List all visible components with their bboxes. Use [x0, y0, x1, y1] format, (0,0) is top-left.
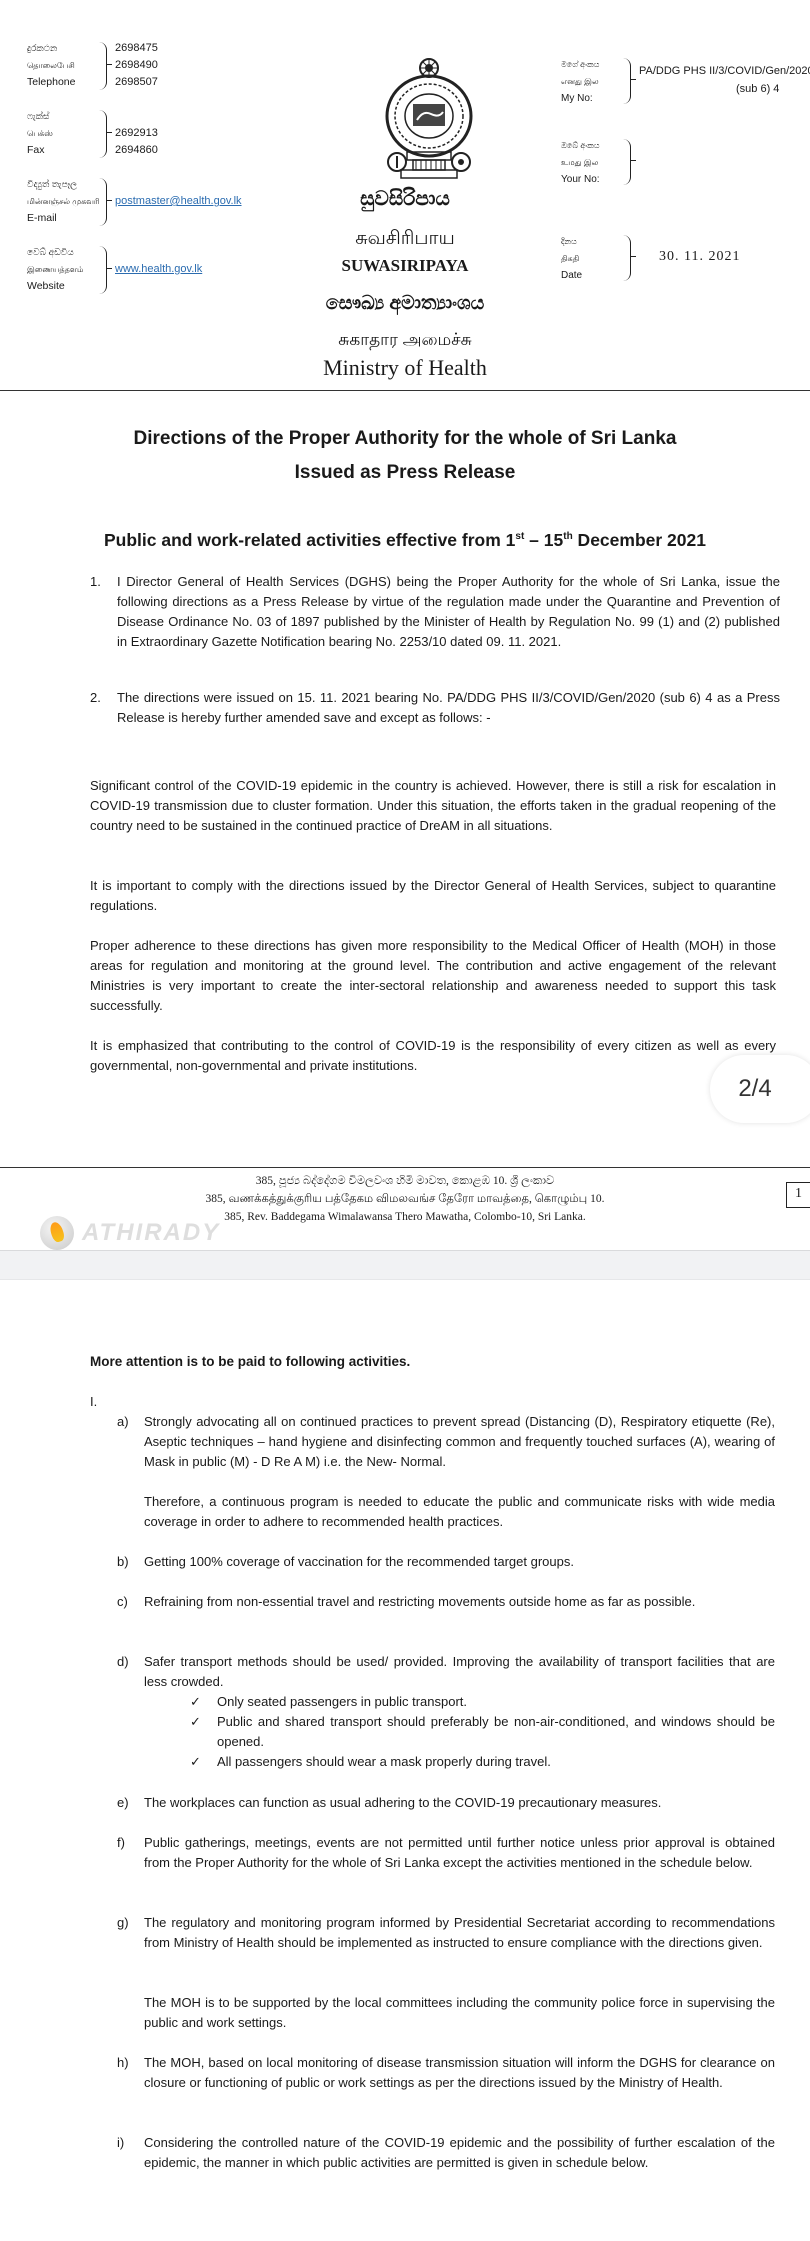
list-item-c: c) Refraining from non-essential travel … [117, 1592, 775, 1612]
website-group: වෙබ් අඩවිය இணையத்தளம் Website www.health… [27, 244, 287, 298]
document-page-2: More attention is to be paid to followin… [0, 1281, 810, 2241]
fax-number: 2692913 [115, 125, 158, 142]
sri-lanka-emblem-icon [383, 54, 475, 180]
paragraph: Proper adherence to these directions has… [90, 936, 776, 1016]
list-item-d: d) Safer transport methods should be use… [117, 1652, 775, 1692]
checkmark-icon: ✓ [190, 1712, 201, 1732]
roman-numeral: I. [90, 1392, 97, 1412]
my-no-value-sub: (sub 6) 4 [736, 83, 779, 95]
website-link[interactable]: www.health.gov.lk [115, 263, 202, 275]
header-divider [0, 390, 810, 391]
paragraph: It is emphasized that contributing to th… [90, 1036, 776, 1076]
brace-icon [621, 139, 631, 185]
telephone-number: 2698475 [115, 40, 158, 57]
ministry-english: Ministry of Health [250, 355, 560, 381]
section-heading: More attention is to be paid to followin… [90, 1352, 410, 1372]
fax-number: 2694860 [115, 142, 158, 159]
ministry-tamil: சுகாதார அமைச்சு [250, 330, 560, 352]
fax-group: ෆැක්ස් பெக்ஸ் Fax 2692913 2694860 [27, 108, 287, 162]
document-title-line2: Issued as Press Release [0, 456, 810, 490]
list-item-e: e) The workplaces can function as usual … [117, 1793, 775, 1813]
watermark-text: ATHIRADY [82, 1219, 220, 1247]
list-item-g-continuation: The MOH is to be supported by the local … [144, 1993, 775, 2033]
page-separator [0, 1250, 810, 1280]
document-page-1: දුරකථන தொலைபேசி Telephone 2698475 269849… [0, 0, 810, 1250]
list-item-b: b) Getting 100% coverage of vaccination … [117, 1552, 775, 1572]
checklist: ✓Only seated passengers in public transp… [190, 1692, 775, 1772]
website-label-si: වෙබ් අඩවිය [27, 244, 83, 261]
my-number-block: මගේ අංකය எனது இல My No: PA/DDG PHS II/3/… [561, 56, 810, 110]
email-link[interactable]: postmaster@health.gov.lk [115, 195, 242, 207]
website-label-ta: இணையத்தளம் [27, 261, 83, 278]
telephone-label: Telephone [27, 74, 75, 91]
page-number: 1 [786, 1182, 810, 1208]
email-label-ta: மின்னஞ்சல் முகவரி [27, 193, 100, 210]
checklist-item: ✓Public and shared transport should pref… [190, 1712, 775, 1752]
page-indicator: 2/4 [710, 1055, 810, 1123]
brace-icon [97, 246, 107, 294]
brace-icon [97, 178, 107, 226]
contact-block: දුරකථන தொலைபேசி Telephone 2698475 269849… [27, 40, 287, 312]
list-item-i: i) Considering the controlled nature of … [117, 2133, 775, 2173]
email-group: විද්‍යුත් තැපෑල மின்னஞ்சல் முகவரி E-mail… [27, 176, 287, 230]
date-label-ta: திகதி [561, 250, 582, 267]
numbered-paragraph: 1. I Director General of Health Services… [90, 572, 780, 652]
ministry-sinhala: සෞඛ්‍ය අමාත්‍යාංශය [250, 293, 560, 315]
paragraph: Significant control of the COVID-19 epid… [90, 776, 776, 836]
date-block: දිනය திகதி Date 30. 11. 2021 [561, 233, 810, 287]
my-no-value: PA/DDG PHS II/3/COVID/Gen/2020 [639, 65, 810, 77]
date-label-si: දිනය [561, 233, 582, 250]
my-no-label: My No: [561, 90, 599, 107]
paragraph: It is important to comply with the direc… [90, 876, 776, 916]
fax-label-ta: பெக்ஸ் [27, 125, 53, 142]
date-value: 30. 11. 2021 [659, 249, 740, 265]
brace-icon [621, 235, 631, 281]
list-item-g: g) The regulatory and monitoring program… [117, 1913, 775, 1953]
your-number-block: ඔබේ අංකය உமது இல Your No: [561, 137, 810, 191]
numbered-paragraph: 2. The directions were issued on 15. 11.… [90, 688, 780, 728]
your-no-label-si: ඔබේ අංකය [561, 137, 600, 154]
fax-label-si: ෆැක්ස් [27, 108, 53, 125]
website-label: Website [27, 278, 83, 295]
list-item-a: a) Strongly advocating all on continued … [117, 1412, 775, 1472]
document-title-line1: Directions of the Proper Authority for t… [0, 422, 810, 456]
your-no-label: Your No: [561, 171, 600, 188]
checkmark-icon: ✓ [190, 1752, 201, 1772]
suwasiripaya-sinhala: සුවසිරිපාය [250, 188, 560, 211]
my-no-label-si: මගේ අංකය [561, 56, 599, 73]
brace-icon [97, 42, 107, 90]
telephone-group: දුරකථන தொலைபேசி Telephone 2698475 269849… [27, 40, 287, 94]
checklist-item: ✓All passengers should wear a mask prope… [190, 1752, 775, 1772]
watermark: ATHIRADY [40, 1215, 220, 1251]
checkmark-icon: ✓ [190, 1692, 201, 1712]
your-no-label-ta: உமது இல [561, 154, 600, 171]
list-item-a-continuation: Therefore, a continuous program is neede… [144, 1492, 775, 1532]
checklist-item: ✓Only seated passengers in public transp… [190, 1692, 775, 1712]
document-subtitle: Public and work-related activities effec… [0, 530, 810, 551]
email-label: E-mail [27, 210, 100, 227]
fax-label: Fax [27, 142, 53, 159]
my-no-label-ta: எனது இல [561, 73, 599, 90]
list-item-h: h) The MOH, based on local monitoring of… [117, 2053, 775, 2093]
suwasiripaya-tamil: சுவசிரிபாய [250, 228, 560, 252]
brace-icon [97, 110, 107, 158]
suwasiripaya-english: SUWASIRIPAYA [250, 256, 560, 276]
date-label: Date [561, 267, 582, 284]
footer-divider [0, 1167, 810, 1168]
telephone-label-si: දුරකථන [27, 40, 75, 57]
flame-logo-icon [40, 1216, 74, 1250]
brace-icon [621, 58, 631, 104]
telephone-label-ta: தொலைபேசி [27, 57, 75, 74]
email-label-si: විද්‍යුත් තැපෑල [27, 176, 100, 193]
telephone-number: 2698490 [115, 57, 158, 74]
telephone-number: 2698507 [115, 74, 158, 91]
list-item-f: f) Public gatherings, meetings, events a… [117, 1833, 775, 1873]
